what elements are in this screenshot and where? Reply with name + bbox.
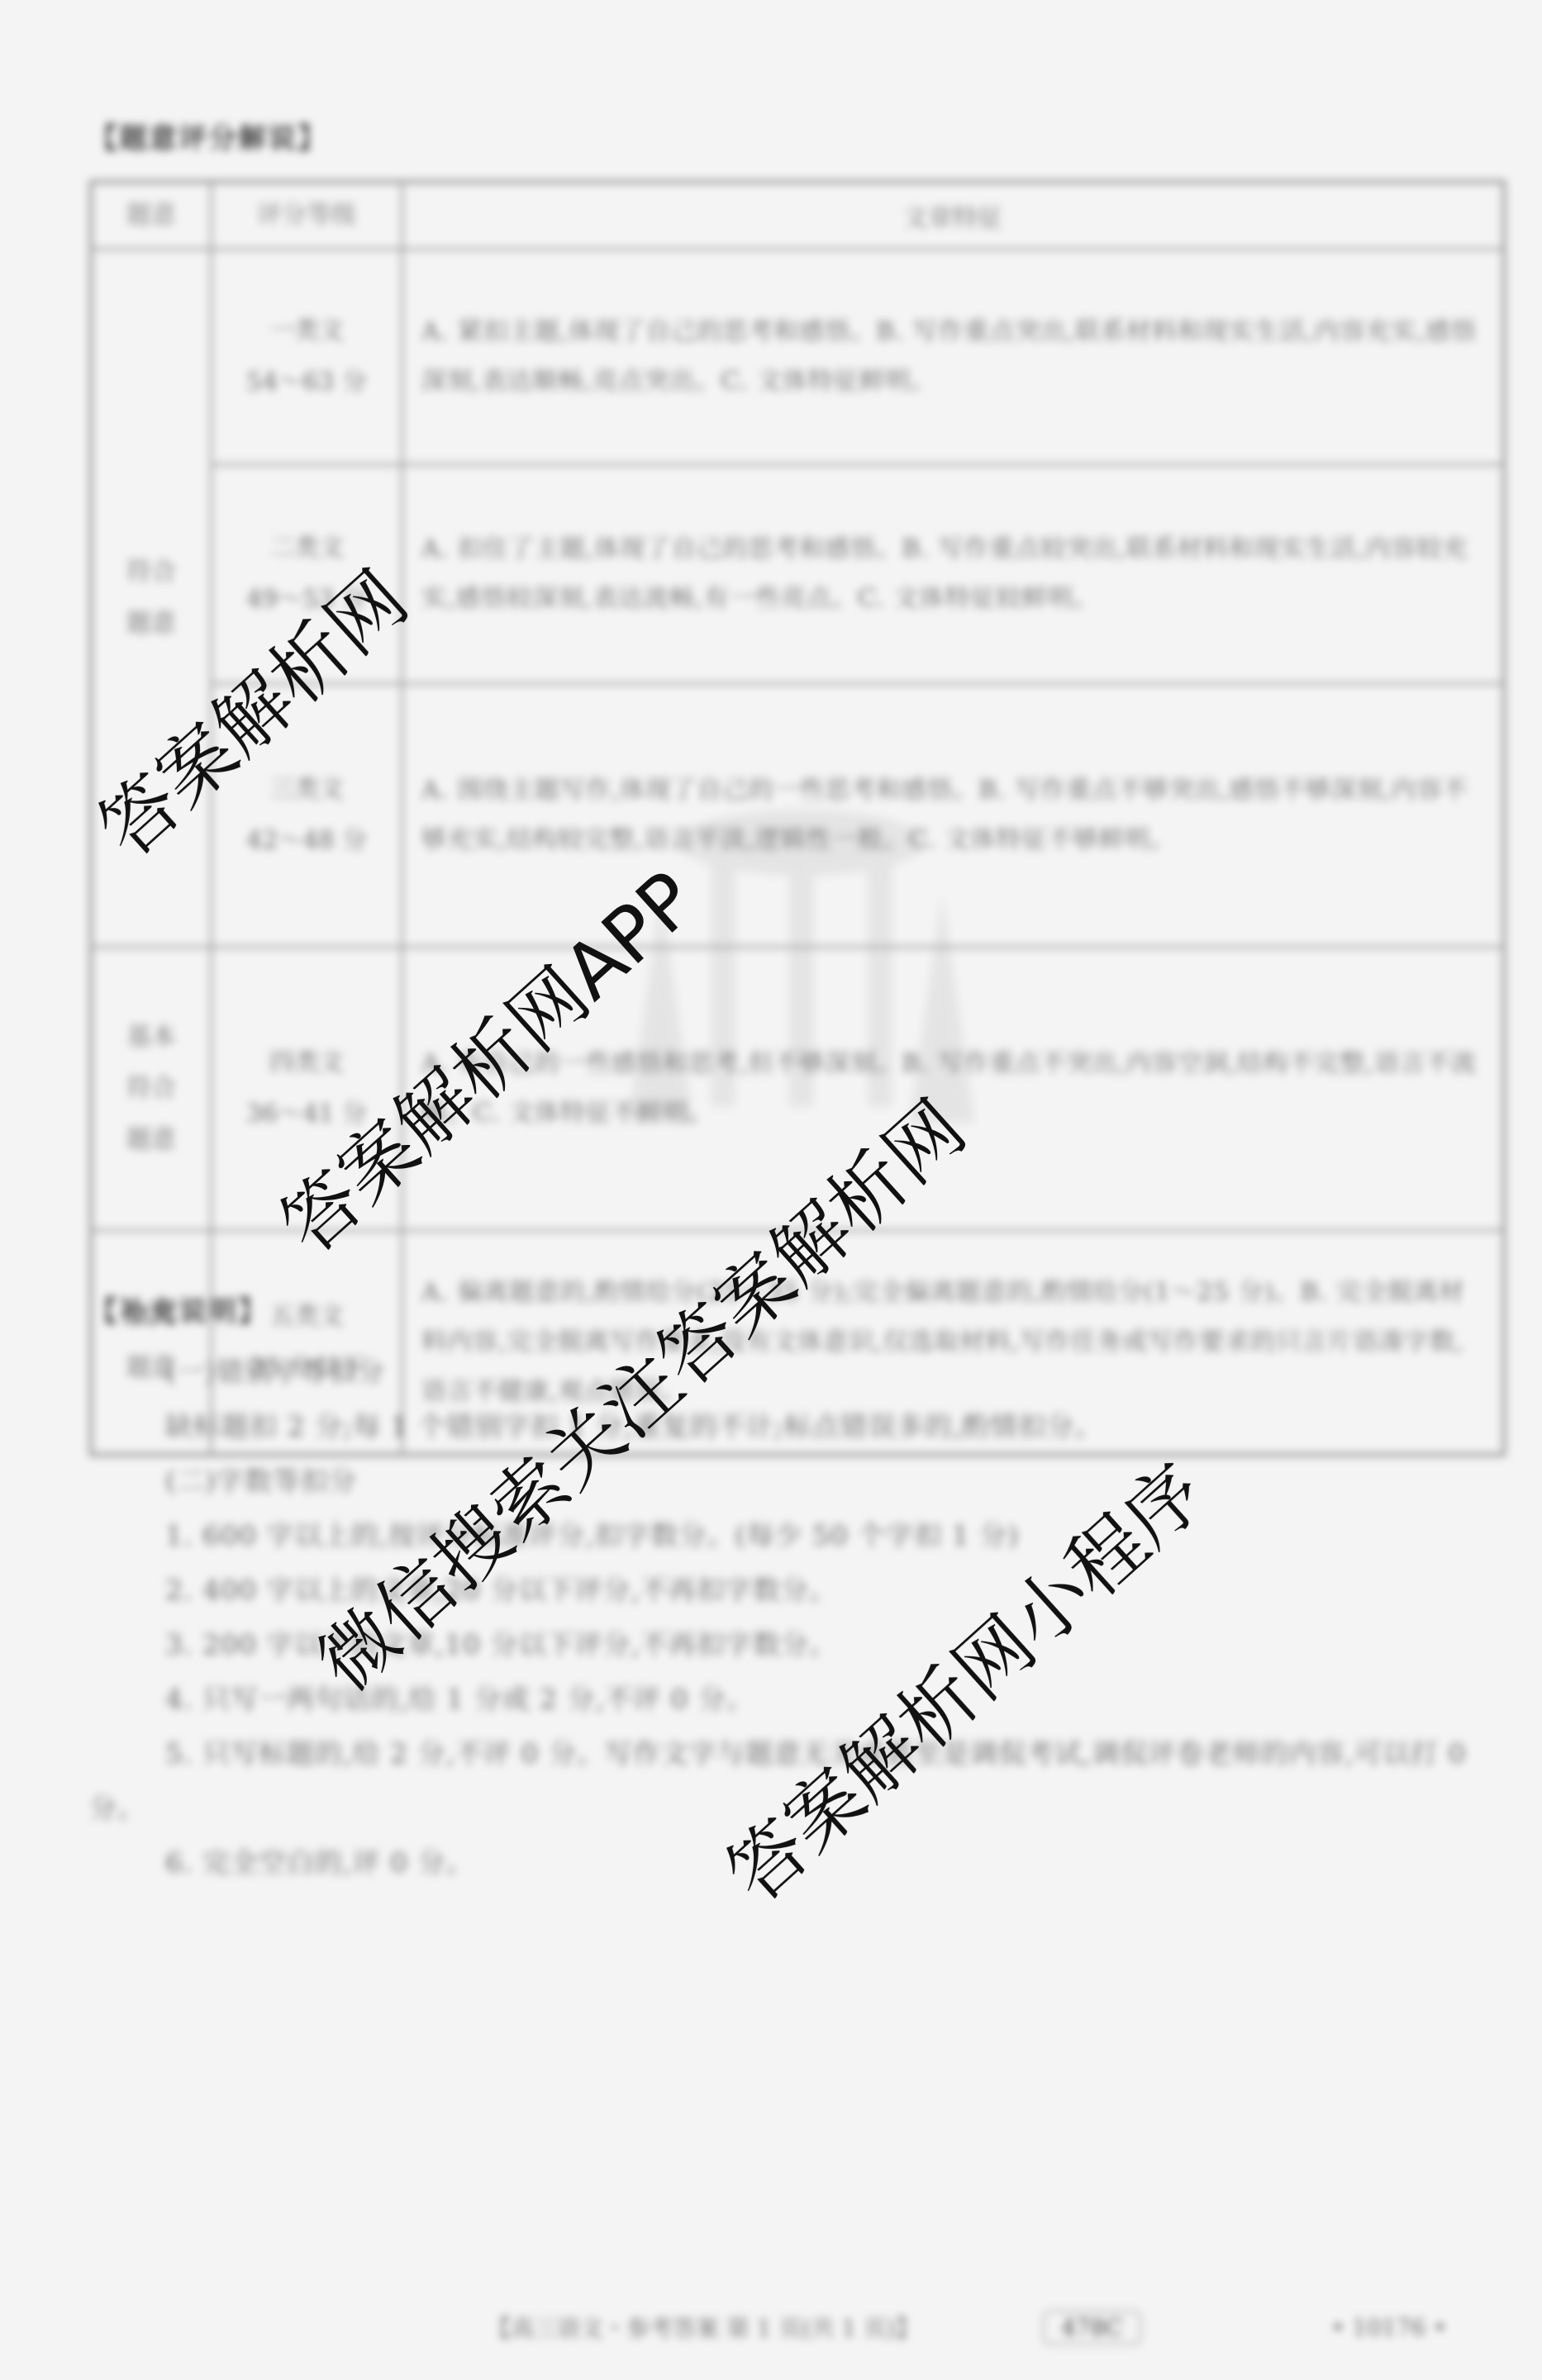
table-header-row: 题意 评分等级 文章特征 (91, 182, 1504, 249)
header-grade: 评分等级 (212, 182, 402, 249)
supplement-line: 1. 600 字以上的,按评分标准评分,扣字数分。(每少 50 个字扣 1 分) (89, 1508, 1506, 1563)
category-label: 基本符合题意 (122, 1012, 180, 1166)
supplement-line: 缺标题扣 2 分;每 1 个错别字扣 1 分,重复的不计;标点错误多的,酌情扣分… (89, 1399, 1506, 1454)
supplement-line: (二)字数等扣分 (89, 1454, 1506, 1508)
grade-label: 一类文 (213, 306, 400, 357)
features-cell: A. 围绕主题写作,体现了自己的一些思考和感悟。B. 写作重点不够突出,感悟不够… (402, 684, 1505, 948)
score-range: 54～63 分 (213, 357, 400, 408)
features-cell: A. 紧扣主题,体现了自己的思考和感悟。B. 写作重点突出,联系材料和现实生活,… (402, 249, 1505, 465)
supplement-section-title: 【补充说明】 (89, 1289, 268, 1329)
supplement-line: (一)错别字等扣分 (89, 1345, 1506, 1399)
table-row: 符合题意 一类文54～63 分 A. 紧扣主题,体现了自己的思考和感悟。B. 写… (91, 249, 1504, 465)
category-label: 符合题意 (122, 547, 180, 649)
footer-number: • 10176 • (1331, 2314, 1447, 2341)
grade-label: 四类文 (213, 1038, 400, 1089)
footer-exam-label: 【高三语文・参考答案 第 1 页(共 1 页)】 (488, 2311, 919, 2344)
supplement-line: 4. 只写一两句话的,给 1 分或 2 分,不评 0 分。 (89, 1672, 1506, 1727)
header-category: 题意 (91, 182, 212, 249)
features-cell: A. 扣住了主题,体现了自己的思考和感悟。B. 写作重点较突出,联系材料和现实生… (402, 465, 1505, 684)
grade-cell: 一类文54～63 分 (212, 249, 402, 465)
header-features: 文章特征 (402, 182, 1505, 249)
rubric-section-title: 【题意评分解说】 (89, 116, 327, 156)
category-cell: 基本符合题意 (91, 948, 212, 1231)
footer-code-badge: 478C (1043, 2311, 1141, 2344)
page-footer: 【高三语文・参考答案 第 1 页(共 1 页)】 478C • 10176 • (488, 2306, 1512, 2348)
score-range: 42～48 分 (213, 815, 400, 867)
supplement-line: 2. 400 字以上的文章,20 分以下评分,不再扣字数分。 (89, 1563, 1506, 1618)
